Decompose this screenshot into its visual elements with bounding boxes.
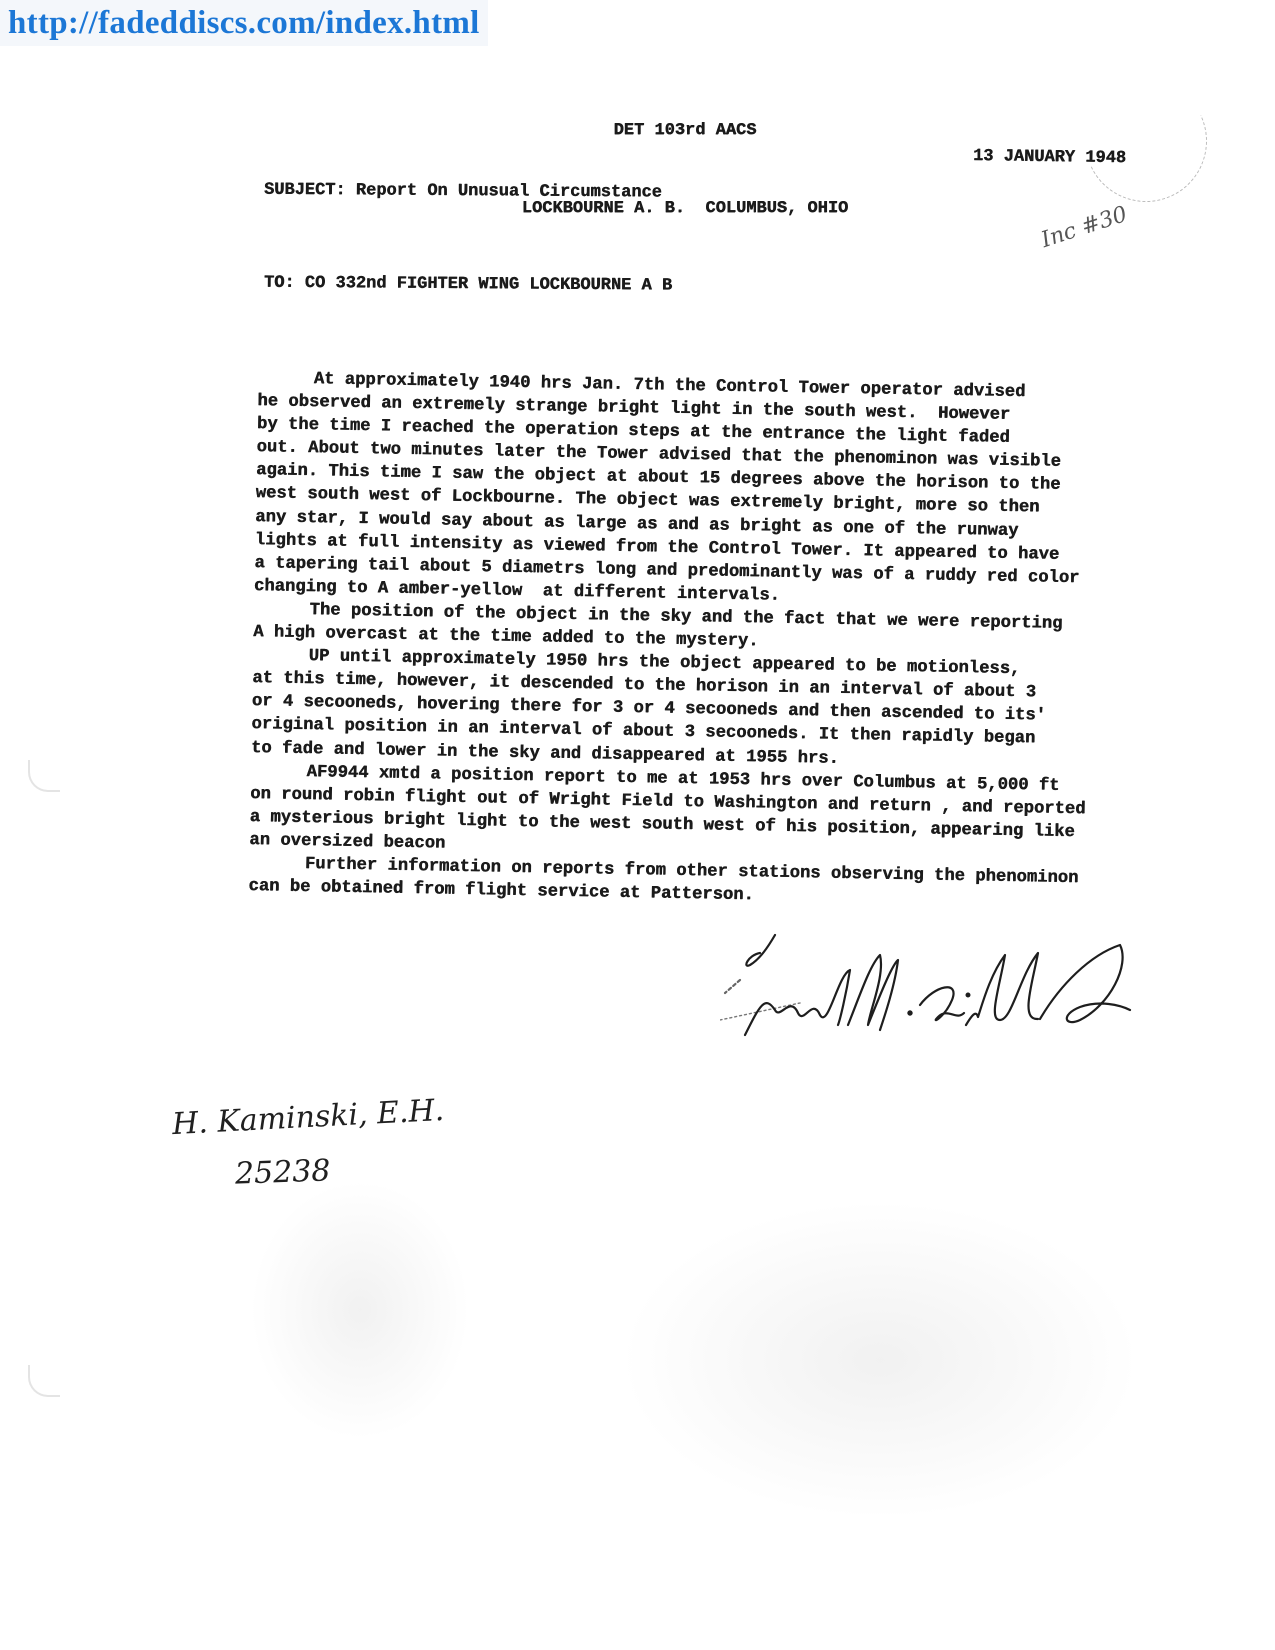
url-banner: http://fadeddiscs.com/index.html bbox=[0, 0, 488, 46]
subject-line: SUBJECT: Report On Unusual Circumstance bbox=[264, 181, 662, 203]
scan-smudge bbox=[620, 1200, 1140, 1520]
scan-edge-mark bbox=[28, 1365, 60, 1397]
scan-edge-mark bbox=[28, 760, 60, 792]
stamp-circle-mark bbox=[1068, 63, 1224, 219]
handwritten-initials: H. Kaminski, E.H. bbox=[171, 1093, 445, 1142]
document-date: 13 JANUARY 1948 bbox=[973, 147, 1126, 168]
signature-image bbox=[720, 925, 1140, 1045]
memo-body: At approximately 1940 hrs Jan. 7th the C… bbox=[248, 367, 1178, 915]
site-url-link[interactable]: http://fadeddiscs.com/index.html bbox=[8, 5, 480, 42]
letterhead: DET 103rd AACS LOCKBOURNE A. B. COLUMBUS… bbox=[495, 66, 875, 248]
scan-smudge bbox=[250, 1180, 470, 1440]
recipient-line: TO: CO 332nd FIGHTER WING LOCKBOURNE A B bbox=[264, 274, 672, 296]
letterhead-unit: DET 103rd AACS bbox=[495, 118, 875, 144]
incident-reference-annotation: Inc #30 bbox=[1038, 202, 1130, 253]
handwritten-number: 25238 bbox=[234, 1153, 331, 1191]
